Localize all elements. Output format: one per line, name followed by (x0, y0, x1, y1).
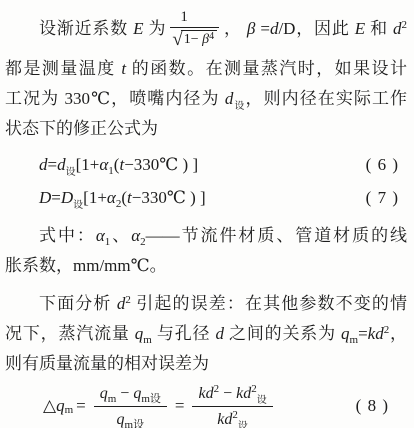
text-run: 下面分析 (39, 294, 117, 313)
text-run: 、 (110, 226, 131, 245)
text-run: 节流件材质、管道材质的线 (180, 226, 407, 245)
para2-line1: 下面分析 d2 引起的误差：在其他参数不变的情 (5, 289, 407, 319)
subscript-m-design: m设 (125, 419, 145, 428)
exponent-2: 2 (402, 19, 408, 31)
equation-7-number: ( 7 ) (366, 183, 407, 213)
var-alpha: α (99, 150, 108, 180)
fraction-qm-relative-error: qm − qm设qm设 (94, 384, 167, 428)
var-d-design: d (57, 150, 66, 180)
text-run: 的函数。在测量蒸汽时，如果设计 (126, 59, 407, 78)
minus-sign: − (116, 385, 133, 402)
subscript-m-design: m设 (141, 393, 161, 405)
var-qm: q (56, 396, 65, 416)
text-run: 况下，蒸汽流量 (5, 324, 135, 343)
text-run: 之间的关系为 (224, 324, 341, 343)
text-run: 为 (143, 19, 166, 38)
text-run: 与孔径 (152, 324, 216, 343)
var-D: D (39, 183, 51, 213)
text-run: 和 (365, 19, 393, 38)
var-alpha: α (107, 183, 116, 213)
note-line1: 式中：α1、α2——节流件材质、管道材质的线 (5, 221, 407, 251)
text-run: = (255, 19, 270, 38)
radicand: 1− β4 (181, 30, 217, 48)
var-k: k (198, 385, 205, 402)
text-run: 式中： (39, 226, 96, 245)
para1-line2: 都是测量温度 t 的函数。在测量蒸汽时，如果设计 (5, 54, 407, 84)
var-qm: q (341, 324, 350, 343)
text-run: 胀系数，mm/mm℃。 (5, 256, 167, 275)
fraction-denominator: kd2设 (192, 407, 272, 428)
var-d: d (215, 324, 224, 343)
text-run: 设渐近系数 (39, 19, 133, 38)
text-run: 则有质量流量的相对误差为 (5, 354, 209, 373)
var-d: d (39, 150, 48, 180)
minus-sign: − (219, 385, 236, 402)
var-D-design: D (61, 183, 73, 213)
fraction-numerator: qm − qm设 (94, 384, 167, 407)
equation-6-number: ( 6 ) (366, 150, 407, 180)
fraction-numerator: 1 (170, 9, 219, 28)
text-run: 1− (184, 32, 202, 47)
para2-line2: 况下，蒸汽流量 qm 与孔径 d 之间的关系为 qm=kd2， (5, 319, 407, 349)
para2-line3: 则有质量流量的相对误差为 (5, 349, 407, 379)
fraction-approach-coefficient: 1√1− β4 (170, 9, 219, 51)
document-page: 设渐近系数 E 为1√1− β4， β =d/D，因此 E 和 d2 都是测量温… (0, 0, 414, 428)
equation-8-number: ( 8 ) (356, 396, 407, 416)
text-run: 工况为 330℃，喷嘴内径为 (5, 89, 225, 108)
fraction-denominator: qm设 (94, 407, 167, 428)
equation-7: D=D设 [ 1+α2 ( t−330℃ ) ] ( 7 ) (5, 183, 407, 213)
text-run: 引起的误差：在其他参数不变的情 (131, 294, 407, 313)
var-d: d (393, 19, 402, 38)
subscript-1: 1 (105, 236, 111, 248)
var-d: d (375, 324, 384, 343)
text-run: ， (389, 324, 407, 343)
exponent-2: 2 (125, 294, 131, 306)
var-qm-design: q (117, 411, 125, 428)
var-E: E (355, 19, 365, 38)
subscript-2: 2 (140, 236, 146, 248)
var-alpha: α (131, 226, 140, 245)
exponent-4: 4 (209, 31, 214, 42)
equals-sign: = (76, 396, 86, 416)
text-run: 都是测量温度 (5, 59, 121, 78)
var-qm: q (100, 385, 108, 402)
subscript-m: m (143, 334, 152, 346)
var-alpha: α (96, 226, 105, 245)
text-run: −330℃ ) ] (132, 183, 206, 213)
equals-sign: = (48, 150, 58, 180)
exponent-2: 2 (251, 383, 257, 395)
subscript-design: 设 (257, 395, 267, 406)
equals-sign: = (51, 183, 61, 213)
text-run: ， (223, 19, 247, 38)
para1-line1: 设渐近系数 E 为1√1− β4， β =d/D，因此 E 和 d2 (5, 4, 407, 54)
exponent-2: 2 (214, 383, 220, 395)
equation-6: d=d设 [ 1+α1 ( t−330℃ ) ] ( 6 ) (5, 150, 407, 180)
subscript-m: m (350, 334, 359, 346)
sqrt-expression: √1− β4 (172, 30, 217, 49)
text-run: −330℃ ) ] (124, 150, 198, 180)
fraction-denominator: √1− β4 (170, 28, 219, 51)
text-run: 1+ (81, 150, 99, 180)
subscript-design: 设 (233, 101, 245, 112)
equals-sign: = (358, 324, 368, 343)
text-run: ，则内径在实际工作 (246, 89, 408, 108)
fraction-kd-relative-error: kd2 − kd2设kd2设 (192, 384, 272, 428)
note-line2: 胀系数，mm/mm℃。 (5, 251, 407, 281)
para1-line4: 状态下的修正公式为 (5, 114, 407, 144)
delta-symbol: △ (43, 396, 56, 416)
exponent-2: 2 (232, 409, 238, 421)
exponent-2: 2 (384, 324, 390, 336)
subscript-m: m (108, 393, 117, 405)
text-run: /D，因此 (278, 19, 354, 38)
text-run: 1+ (89, 183, 107, 213)
equals-sign: = (175, 396, 185, 416)
text-run: 状态下的修正公式为 (5, 119, 158, 138)
para1-line3: 工况为 330℃，喷嘴内径为 d设，则内径在实际工作 (5, 84, 407, 114)
equation-8: △qm=qm − qm设qm设=kd2 − kd2设kd2设 ( 8 ) (5, 380, 407, 428)
fraction-numerator: kd2 − kd2设 (192, 384, 272, 407)
subscript-design: 设 (238, 421, 248, 428)
var-d: d (206, 385, 214, 402)
em-dash: —— (146, 226, 180, 245)
var-E: E (133, 19, 143, 38)
